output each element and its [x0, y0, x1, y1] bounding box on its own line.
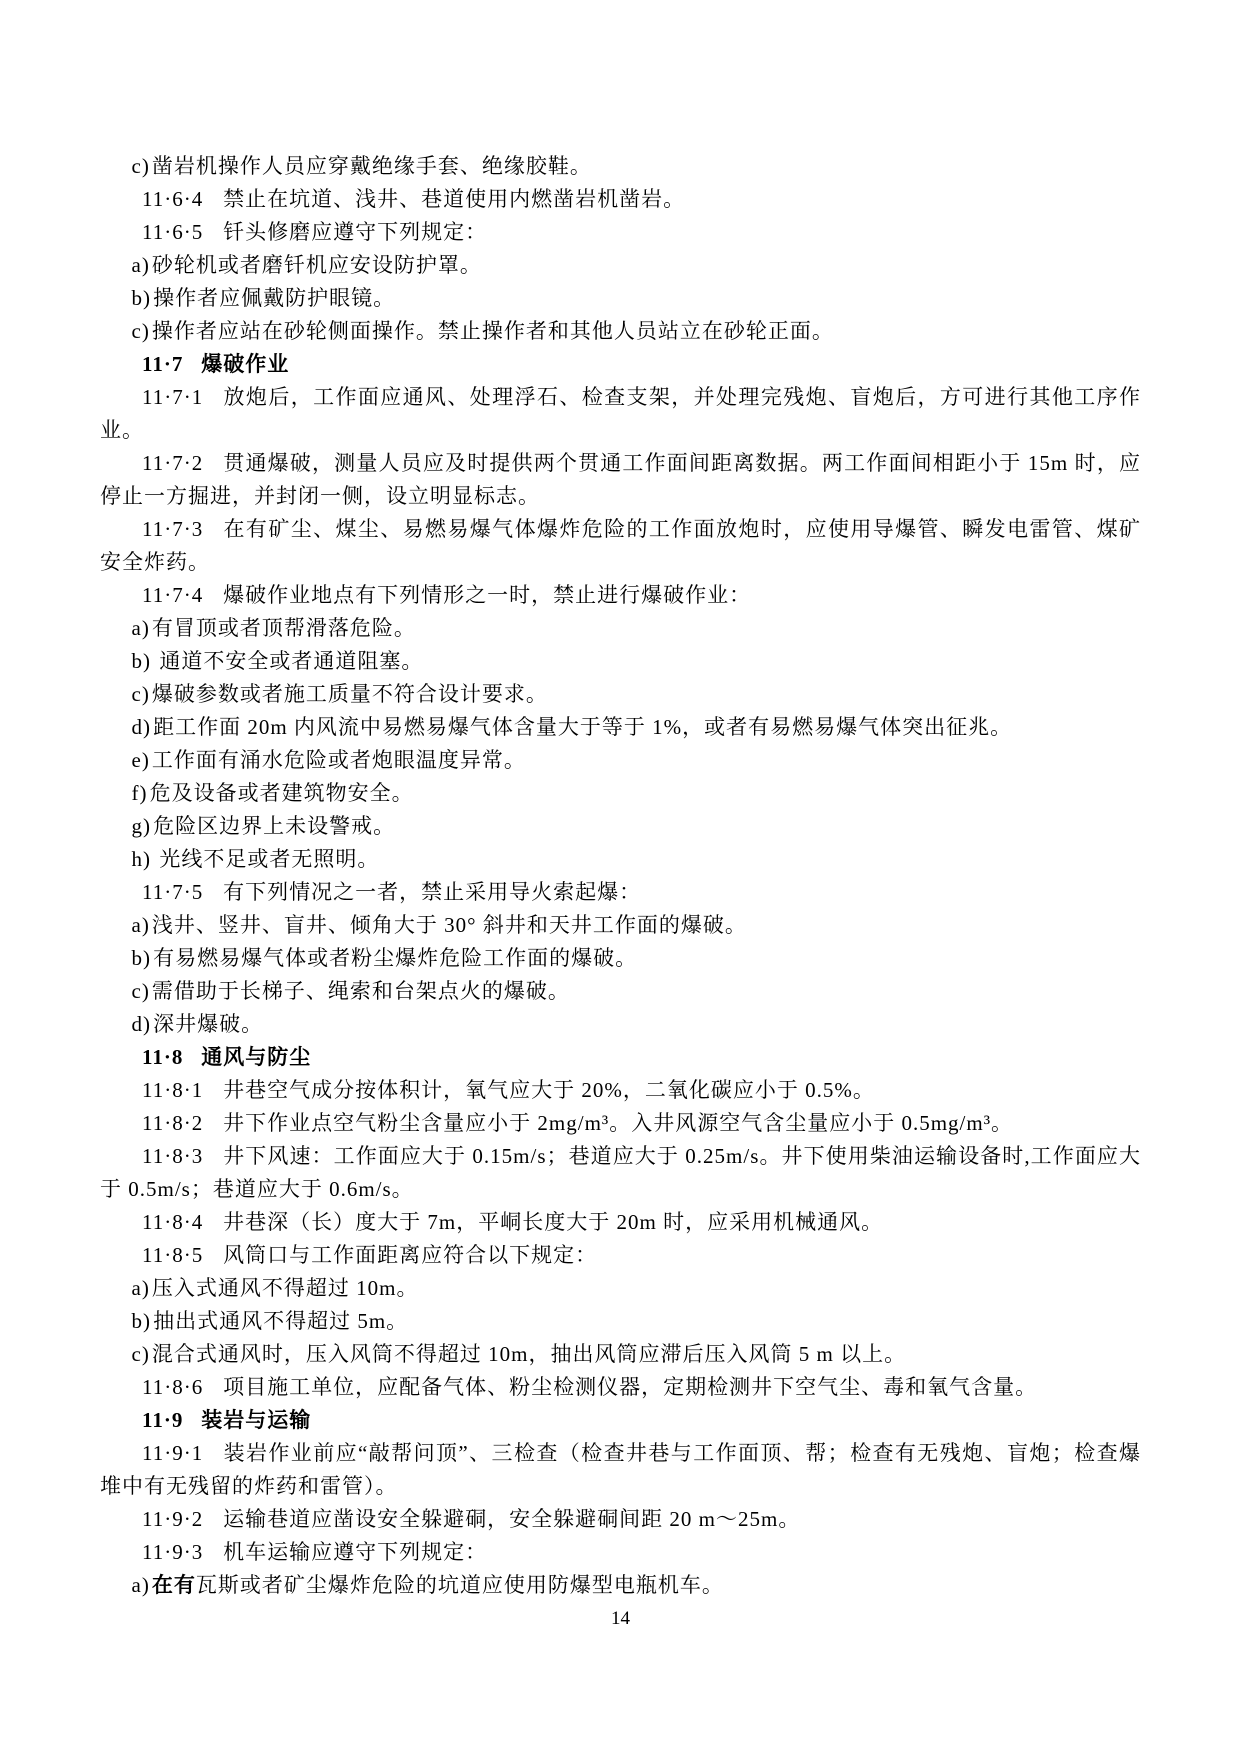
clause-paragraph: 11·9·2运输巷道应凿设安全躲避硐，安全躲避硐间距 20 m～25m。	[100, 1503, 1141, 1536]
item-label: f)	[132, 781, 148, 805]
clause-paragraph: 11·8·5风筒口与工作面距离应符合以下规定：	[100, 1239, 1141, 1272]
item-label: b)	[132, 1309, 152, 1333]
list-item-paragraph: c)操作者应站在砂轮侧面操作。禁止操作者和其他人员站立在砂轮正面。	[100, 315, 1141, 348]
list-item-paragraph: e)工作面有涌水危险或者炮眼温度异常。	[100, 744, 1141, 777]
clause-number: 11·8·1	[142, 1078, 203, 1102]
clause-paragraph: 11·6·4禁止在坑道、浅井、巷道使用内燃凿岩机凿岩。	[100, 183, 1141, 216]
section-title: 通风与防尘	[201, 1045, 311, 1069]
page-footer: 14	[100, 1604, 1141, 1634]
section-number: 11·9	[142, 1408, 183, 1432]
clause-paragraph: 11·8·2井下作业点空气粉尘含量应小于 2mg/m³。入井风源空气含尘量应小于…	[100, 1107, 1141, 1140]
clause-number: 11·7·1	[142, 385, 203, 409]
list-item-paragraph: f)危及设备或者建筑物安全。	[100, 777, 1141, 810]
clause-number: 11·8·4	[142, 1210, 203, 1234]
clause-paragraph: 11·9·3机车运输应遵守下列规定：	[100, 1536, 1141, 1569]
clause-paragraph: 11·8·1井巷空气成分按体积计，氧气应大于 20%，二氧化碳应小于 0.5%。	[100, 1074, 1141, 1107]
list-item-paragraph: b)操作者应佩戴防护眼镜。	[100, 282, 1141, 315]
item-label: d)	[132, 715, 152, 739]
list-item-paragraph: a)压入式通风不得超过 10m。	[100, 1272, 1141, 1305]
clause-paragraph: 11·7·1放炮后，工作面应通风、处理浮石、检查支架，并处理完残炮、盲炮后，方可…	[100, 381, 1141, 447]
section-heading: 11·7爆破作业	[100, 348, 1141, 381]
list-item-paragraph: c)爆破参数或者施工质量不符合设计要求。	[100, 678, 1141, 711]
clause-paragraph: 11·9·1装岩作业前应“敲帮问顶”、三检查（检查井巷与工作面顶、帮；检查有无残…	[100, 1437, 1141, 1503]
list-item-paragraph: d)距工作面 20m 内风流中易燃易爆气体含量大于等于 1%，或者有易燃易爆气体…	[100, 711, 1141, 744]
clause-paragraph: 11·8·4井巷深（长）度大于 7m，平峒长度大于 20m 时，应采用机械通风。	[100, 1206, 1141, 1239]
clause-number: 11·9·2	[142, 1507, 203, 1531]
section-title: 装岩与运输	[201, 1408, 311, 1432]
clause-number: 11·7·3	[142, 517, 203, 541]
clause-paragraph: 11·7·5有下列情况之一者，禁止采用导火索起爆：	[100, 876, 1141, 909]
clause-number: 11·6·5	[142, 220, 203, 244]
clause-number: 11·7·2	[142, 451, 203, 475]
section-number: 11·8	[142, 1045, 183, 1069]
list-item-paragraph: a)浅井、竖井、盲井、倾角大于 30° 斜井和天井工作面的爆破。	[100, 909, 1141, 942]
list-item-paragraph: a)在有瓦斯或者矿尘爆炸危险的坑道应使用防爆型电瓶机车。	[100, 1569, 1141, 1602]
item-label: b)	[132, 649, 152, 673]
list-item-paragraph: h) 光线不足或者无照明。	[100, 843, 1141, 876]
list-item-paragraph: d)深井爆破。	[100, 1008, 1141, 1041]
item-label: a)	[132, 1276, 150, 1300]
item-label: c)	[132, 1342, 150, 1366]
clause-number: 11·7·4	[142, 583, 203, 607]
item-label: b)	[132, 946, 152, 970]
list-item-paragraph: g)危险区边界上未设警戒。	[100, 810, 1141, 843]
bold-text: 在有	[152, 1573, 196, 1597]
item-label: c)	[132, 319, 150, 343]
section-heading: 11·9装岩与运输	[100, 1404, 1141, 1437]
item-label: c)	[132, 979, 150, 1003]
clause-number: 11·8·3	[142, 1144, 203, 1168]
item-label: b)	[132, 286, 152, 310]
section-number: 11·7	[142, 352, 183, 376]
clause-paragraph: 11·8·6项目施工单位，应配备气体、粉尘检测仪器，定期检测井下空气尘、毒和氧气…	[100, 1371, 1141, 1404]
list-item-paragraph: c)混合式通风时，压入风筒不得超过 10m，抽出风筒应滞后压入风筒 5 m 以上…	[100, 1338, 1141, 1371]
clause-number: 11·9·1	[142, 1441, 203, 1465]
list-item-paragraph: b) 通道不安全或者通道阻塞。	[100, 645, 1141, 678]
item-label: e)	[132, 748, 150, 772]
clause-number: 11·8·2	[142, 1111, 203, 1135]
item-label: c)	[132, 154, 150, 178]
clause-paragraph: 11·7·3在有矿尘、煤尘、易燃易爆气体爆炸危险的工作面放炮时，应使用导爆管、瞬…	[100, 513, 1141, 579]
list-item-paragraph: c)凿岩机操作人员应穿戴绝缘手套、绝缘胶鞋。	[100, 150, 1141, 183]
clause-number: 11·8·6	[142, 1375, 203, 1399]
list-item-paragraph: a)有冒顶或者顶帮滑落危险。	[100, 612, 1141, 645]
item-label: a)	[132, 253, 150, 277]
item-label: a)	[132, 913, 150, 937]
page-number: 14	[611, 1608, 630, 1629]
list-item-paragraph: b)抽出式通风不得超过 5m。	[100, 1305, 1141, 1338]
document-body: c)凿岩机操作人员应穿戴绝缘手套、绝缘胶鞋。11·6·4禁止在坑道、浅井、巷道使…	[100, 150, 1141, 1602]
clause-paragraph: 11·8·3井下风速：工作面应大于 0.15m/s；巷道应大于 0.25m/s。…	[100, 1140, 1141, 1206]
clause-number: 11·8·5	[142, 1243, 203, 1267]
clause-paragraph: 11·7·2贯通爆破，测量人员应及时提供两个贯通工作面间距离数据。两工作面间相距…	[100, 447, 1141, 513]
list-item-paragraph: b)有易燃易爆气体或者粉尘爆炸危险工作面的爆破。	[100, 942, 1141, 975]
item-label: a)	[132, 616, 150, 640]
list-item-paragraph: c)需借助于长梯子、绳索和台架点火的爆破。	[100, 975, 1141, 1008]
clause-number: 11·9·3	[142, 1540, 203, 1564]
clause-number: 11·7·5	[142, 880, 203, 904]
item-label: h)	[132, 847, 152, 871]
section-heading: 11·8通风与防尘	[100, 1041, 1141, 1074]
item-label: c)	[132, 682, 150, 706]
clause-paragraph: 11·6·5钎头修磨应遵守下列规定：	[100, 216, 1141, 249]
list-item-paragraph: a)砂轮机或者磨钎机应安设防护罩。	[100, 249, 1141, 282]
document-page: c)凿岩机操作人员应穿戴绝缘手套、绝缘胶鞋。11·6·4禁止在坑道、浅井、巷道使…	[0, 0, 1241, 1755]
clause-number: 11·6·4	[142, 187, 203, 211]
item-label: g)	[132, 814, 152, 838]
section-title: 爆破作业	[201, 352, 289, 376]
item-label: a)	[132, 1573, 150, 1597]
item-label: d)	[132, 1012, 152, 1036]
clause-paragraph: 11·7·4爆破作业地点有下列情形之一时，禁止进行爆破作业：	[100, 579, 1141, 612]
